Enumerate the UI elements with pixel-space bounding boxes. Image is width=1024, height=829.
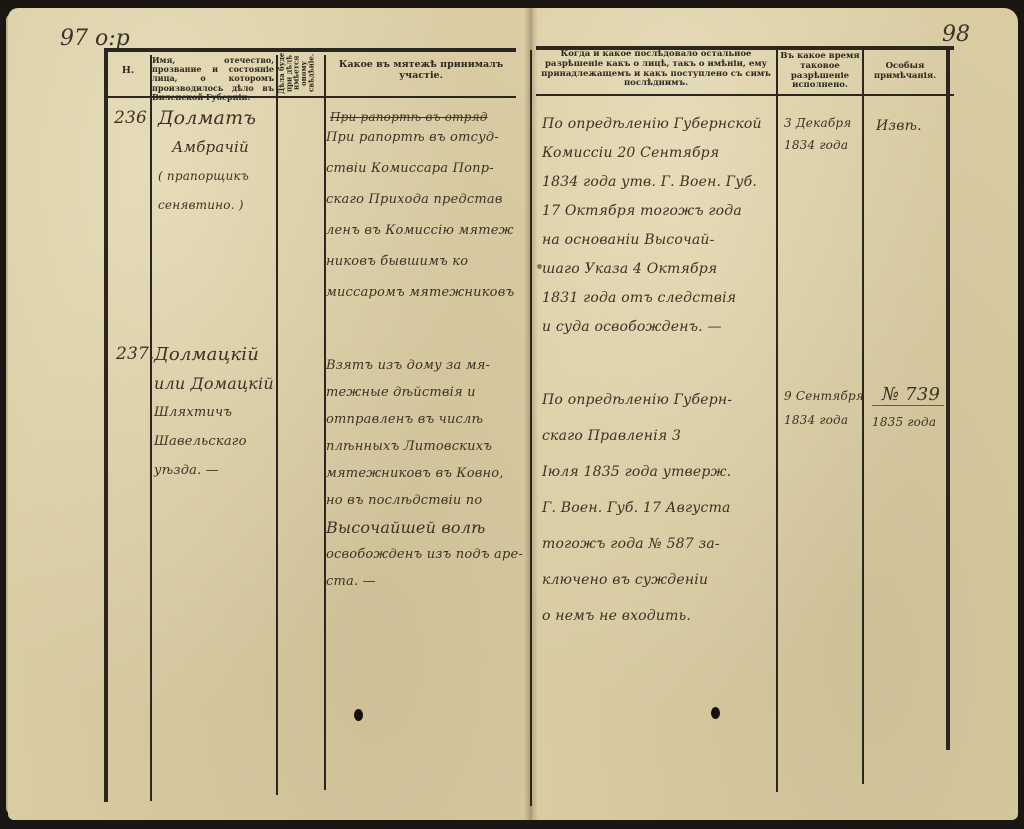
decision-line: скаго Правленія 3 bbox=[542, 418, 732, 454]
participation-line: освобожденъ изъ подъ аре- bbox=[326, 541, 523, 568]
participation-line: плѣнныхъ Литовскихъ bbox=[326, 433, 523, 460]
executed-line: 1834 года bbox=[784, 134, 851, 156]
participation-line: ленъ въ Комиссію мятеж bbox=[326, 215, 514, 246]
decision-line: Іюля 1835 года утверж. bbox=[542, 454, 732, 490]
notes-line: 1835 года bbox=[872, 410, 940, 434]
participation-line: Высочайшей волѣ bbox=[326, 514, 523, 541]
name-line: или Домацкій bbox=[154, 369, 274, 398]
folio-right: 98 bbox=[942, 22, 970, 47]
entry-name: Долматъ Амбрачій ( прапорщикъ сенявтино.… bbox=[158, 104, 256, 220]
decision-line: на основаніи Высочай- bbox=[542, 226, 762, 255]
name-line: Долмацкій bbox=[154, 340, 274, 369]
header-executed: Въ какое время таковое разрѣшеніе исполн… bbox=[780, 52, 860, 91]
column-rule-decision bbox=[776, 50, 778, 792]
notes-line: Извѣ. bbox=[876, 118, 922, 134]
entry-name: Долмацкій или Домацкій Шляхтичъ Шавельск… bbox=[154, 340, 274, 485]
header-number: Н. bbox=[110, 66, 146, 77]
column-rule-name bbox=[276, 55, 278, 795]
participation-line: При рапортѣ въ отсуд- bbox=[326, 122, 514, 153]
binding-hole bbox=[711, 707, 720, 719]
participation-line: миссаромъ мятежниковъ bbox=[326, 277, 514, 308]
name-line: Шляхтичъ bbox=[154, 398, 274, 427]
entry-decision: По опредѣленію Губерн- скаго Правленія 3… bbox=[542, 382, 732, 634]
entry-notes: Извѣ. bbox=[876, 118, 922, 134]
decision-line: 17 Октября тогожъ года bbox=[542, 197, 762, 226]
entry-decision: По опредѣленію Губернской Комиссіи 20 Се… bbox=[542, 110, 762, 342]
decision-line: ключено въ сужденіи bbox=[542, 562, 732, 598]
participation-line: мятежниковъ въ Ковно, bbox=[326, 460, 523, 487]
decision-line: тогожъ года № 587 за- bbox=[542, 526, 732, 562]
entry-number: 237. bbox=[116, 344, 155, 364]
header-bottom-rule-right bbox=[536, 94, 954, 96]
participation-line: Взятъ изъ дому за мя- bbox=[326, 352, 523, 379]
decision-line: Комиссіи 20 Сентября bbox=[542, 139, 762, 168]
entry-number: 236 bbox=[114, 108, 147, 128]
name-line: Шавельскаго bbox=[154, 427, 274, 456]
entry-notes: № 739 1835 года bbox=[872, 380, 940, 434]
name-line: Амбрачій bbox=[158, 133, 256, 162]
participation-line: но въ послѣдствіи по bbox=[326, 487, 523, 514]
entry-executed: 9 Сентября 1834 года bbox=[784, 384, 864, 432]
header-case-status: Дѣла буде при дѣлѣ имѣется оному свѣдѣні… bbox=[278, 52, 322, 94]
entry-participation: Взятъ изъ дому за мя- тежные дѣйствія и … bbox=[326, 352, 523, 595]
binding-hole bbox=[354, 709, 363, 721]
paper-speck bbox=[537, 264, 542, 269]
participation-line: тежные дѣйствія и bbox=[326, 379, 523, 406]
executed-line: 3 Декабря bbox=[784, 112, 851, 134]
decision-line: По опредѣленію Губерн- bbox=[542, 382, 732, 418]
column-rule-number bbox=[150, 55, 152, 801]
header-participation: Какое въ мятежѣ принималъ участіе. bbox=[326, 60, 516, 82]
name-line: сенявтино. ) bbox=[158, 191, 256, 220]
decision-line: шаго Указа 4 Октября bbox=[542, 255, 762, 284]
name-line: ( прапорщикъ bbox=[158, 162, 256, 191]
name-line: уѣзда. — bbox=[154, 456, 274, 485]
entry-participation: При рапортѣ въ отсуд- ствіи Комиссара По… bbox=[326, 122, 514, 308]
column-rule-gutter bbox=[530, 50, 532, 806]
executed-line: 9 Сентября bbox=[784, 384, 864, 408]
header-notes: Особыя примѣчанія. bbox=[866, 62, 944, 82]
participation-line: скаго Прихода представ bbox=[326, 184, 514, 215]
decision-line: По опредѣленію Губернской bbox=[542, 110, 762, 139]
entry-executed: 3 Декабря 1834 года bbox=[784, 112, 851, 156]
notes-underline bbox=[872, 405, 944, 406]
participation-line: отправленъ въ числѣ bbox=[326, 406, 523, 433]
decision-line: 1831 года отъ следствія bbox=[542, 284, 762, 313]
column-rule-outer-right bbox=[946, 46, 950, 750]
participation-line: никовъ бывшимъ ко bbox=[326, 246, 514, 277]
participation-line: ствіи Комиссара Попр- bbox=[326, 153, 514, 184]
participation-line: ста. — bbox=[326, 568, 523, 595]
name-line: Долматъ bbox=[158, 104, 256, 133]
header-name: Имя, отечество, прозвание и состояніе ли… bbox=[152, 56, 274, 102]
ledger-spread: 97 о:р 98 Н. Имя, отечество, прозвание и… bbox=[0, 0, 1024, 829]
decision-line: 1834 года утв. Г. Воен. Губ. bbox=[542, 168, 762, 197]
header-decision: Когда и какое послѣдовало остальное разр… bbox=[538, 50, 774, 89]
decision-line: о немъ не входить. bbox=[542, 598, 732, 634]
decision-line: Г. Воен. Губ. 17 Августа bbox=[542, 490, 732, 526]
decision-line: и суда освобожденъ. — bbox=[542, 313, 762, 342]
column-rule-outer-left bbox=[104, 50, 108, 802]
executed-line: 1834 года bbox=[784, 408, 864, 432]
